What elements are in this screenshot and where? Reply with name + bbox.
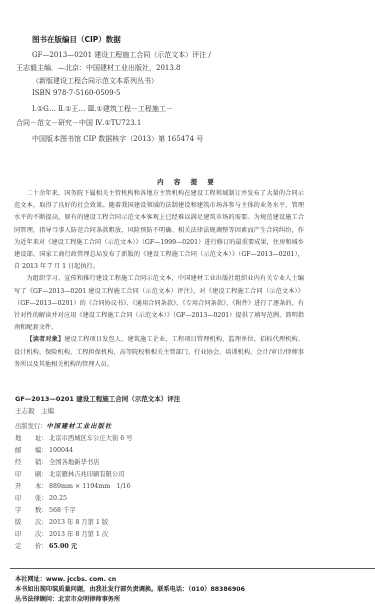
cip-line-record-number: 中国版本图书馆 CIP 数据核字（2013）第 165474 号 — [32, 134, 203, 144]
imprint-label-suffix: 次： — [35, 519, 48, 526]
imprint-label: 开 — [15, 481, 35, 490]
imprint-row-word-count: 字数：568 千字 — [15, 505, 76, 514]
imprint-row-edition: 版次：2013 年 8 月第 1 版 — [15, 517, 108, 526]
imprint-row-sheets: 印张：20.25 — [15, 493, 67, 502]
imprint-value-edition: 2013 年 8 月第 1 版 — [49, 519, 108, 526]
imprint-label-suffix: 张： — [35, 495, 48, 502]
imprint-label-suffix: 数： — [35, 507, 48, 514]
imprint-label-suffix: 编： — [35, 447, 48, 454]
cip-line-isbn: ISBN 978-7-5160-0509-5 — [32, 89, 120, 97]
imprint-value-address: 北京市西城区车公庄大街 6 号 — [49, 435, 133, 442]
imprint-row-distributor: 经销：全国各地新华书店 — [15, 457, 99, 466]
imprint-label-suffix: 本： — [35, 483, 48, 490]
imprint-row-address: 地址：北京市西城区车公庄大街 6 号 — [15, 433, 133, 442]
footer-legal-counsel: 丛书法律顾问：北京市众明律师事务所 — [15, 594, 120, 603]
cip-line-publisher: 王志毅主编．—北京：中国建材工业出版社，2013.8 — [16, 63, 181, 73]
footer-divider — [10, 568, 375, 569]
imprint-value-postcode: 100044 — [49, 447, 73, 454]
cip-line-classification-1: Ⅰ.①G… Ⅱ.①王… Ⅲ.①建筑工程－工程施工－ — [32, 104, 173, 114]
imprint-label-suffix: 销： — [35, 459, 48, 466]
imprint-label-suffix: 价： — [35, 543, 48, 550]
imprint-label: 印 — [15, 529, 35, 538]
readers-tag: 【读者对象】 — [26, 336, 64, 343]
cip-line-series: （新版建设工程合同示范文本系列丛书） — [32, 76, 158, 86]
imprint-value-format: 889mm × 1194mm 1/16 — [49, 483, 131, 490]
imprint-label: 版 — [15, 517, 35, 526]
imprint-value-printer: 北京雁林吉兆印刷有限公司 — [49, 471, 125, 478]
summary-paragraph-2: 为组织学习、宣传和推行建设工程施工合同示范文本，中国建材工业出版社组织业内有关专… — [14, 273, 304, 334]
imprint-value-printing: 2013 年 8 月第 1 次 — [49, 531, 108, 538]
imprint-row-printer: 印刷：北京雁林吉兆印刷有限公司 — [15, 469, 125, 478]
imprint-label-suffix: 发行： — [28, 423, 47, 430]
imprint-label: 出版 — [15, 423, 28, 430]
imprint-row-publisher: 出版发行：中国建材工业出版社 — [15, 421, 112, 430]
imprint-book-title: GF—2013—0201 建设工程施工合同（示范文本）评注 — [15, 394, 180, 403]
imprint-value-sheets: 20.25 — [49, 495, 67, 502]
cip-heading: 图书在版编目（CIP）数据 — [32, 34, 121, 45]
footer-website: 本社网址：www. jccbs. com. cn — [15, 574, 116, 583]
summary-body: 二十余年来，国务院下属相关主管机构和各地方主管机构在建设工程领域制订并发布了大量… — [14, 188, 304, 371]
imprint-label: 定 — [15, 541, 35, 550]
imprint-label: 字 — [15, 505, 35, 514]
imprint-row-format: 开本：889mm × 1194mm 1/16 — [15, 481, 131, 490]
imprint-label: 邮 — [15, 445, 35, 454]
cip-line-classification-2: 合同－范文－研究－中国 Ⅳ.①TU723.1 — [16, 118, 141, 128]
imprint-row-price: 定价：65.00 元 — [15, 541, 77, 550]
footer-quality-notice: 本书如出现印装质量问题，由我社发行部负责调换。联系电话：（010）8838690… — [15, 584, 245, 593]
imprint-label-suffix: 次： — [35, 531, 48, 538]
imprint-row-printing: 印次：2013 年 8 月第 1 次 — [15, 529, 108, 538]
summary-paragraph-1: 二十余年来，国务院下属相关主管机构和各地方主管机构在建设工程领域制订并发布了大量… — [14, 188, 304, 273]
imprint-value-distributor: 全国各地新华书店 — [49, 459, 99, 466]
summary-heading: 内 容 提 要 — [0, 177, 375, 186]
cip-line-title: GF—2013—0201 建设工程施工合同（示范文本）评注 / — [32, 50, 211, 60]
imprint-label: 经 — [15, 457, 35, 466]
imprint-label: 地 — [15, 433, 35, 442]
imprint-label-suffix: 刷： — [35, 471, 48, 478]
imprint-value-word-count: 568 千字 — [49, 507, 76, 514]
imprint-label: 印 — [15, 493, 35, 502]
imprint-label-suffix: 址： — [35, 435, 48, 442]
imprint-value-price: 65.00 元 — [49, 543, 77, 550]
imprint-value-publisher: 中国建材工业出版社 — [46, 423, 112, 430]
summary-readers: 【读者对象】建设工程项目发包人、建筑施工企业、工程项目管理机构、监理单位、招标代… — [14, 334, 304, 371]
imprint-editor: 王志毅 主编 — [15, 406, 54, 415]
imprint-label: 印 — [15, 469, 35, 478]
imprint-row-postcode: 邮编：100044 — [15, 445, 73, 454]
